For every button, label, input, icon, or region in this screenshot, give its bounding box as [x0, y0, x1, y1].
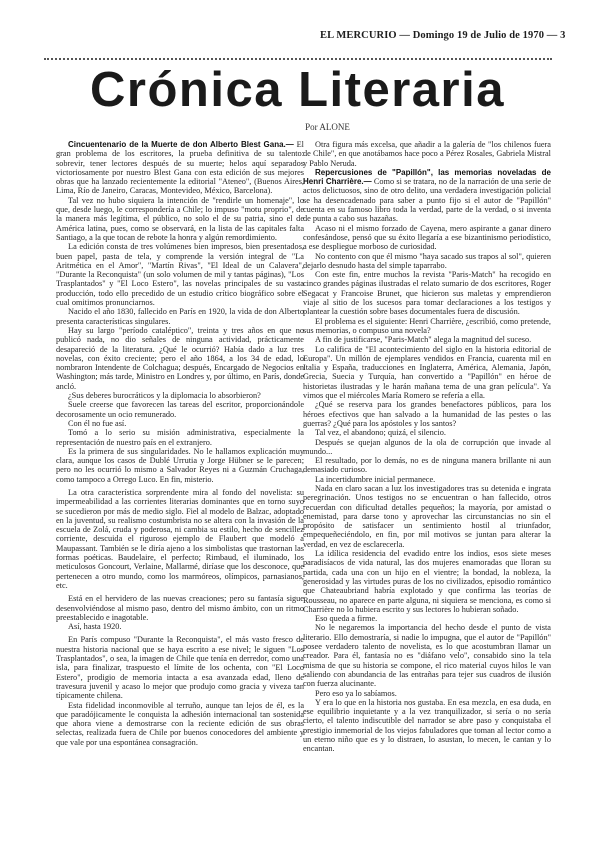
paragraph-text: Tal vez, el abandono; quizá, el silencio… — [315, 428, 446, 437]
paragraph: Después se quejan algunos de la ola de c… — [303, 438, 551, 457]
paragraph-text: Esta fidelidad inconmovible al terruño, … — [56, 701, 304, 747]
paragraph-text: El resultado, por lo demás, no es de nin… — [303, 456, 551, 474]
paragraph: No contento con que él mismo "haya sacad… — [303, 252, 551, 271]
paragraph-text: No contento con que él mismo "haya sacad… — [303, 252, 551, 270]
paragraph-text: Otra figura más excelsa, que añadir a la… — [303, 140, 551, 168]
paragraph-text: A fin de justificarse, "Paris-Match" ale… — [315, 335, 531, 344]
paragraph-text: Suele creerse que favorecen las tareas d… — [56, 400, 304, 418]
paragraph-text: En París compuso "Durante la Reconquista… — [56, 635, 304, 700]
paragraph-text: Tomó a lo serio su misión administrativa… — [56, 428, 304, 446]
left-column: Cincuentenario de la Muerte de don Alber… — [56, 140, 304, 747]
paragraph: No le negaremos la importancia del hecho… — [303, 623, 551, 688]
newspaper-name: EL MERCURIO — [320, 30, 397, 41]
paragraph-text: Lo califica de "El acontecimiento del si… — [303, 345, 551, 400]
paragraph: Es la primera de sus singularidades. No … — [56, 447, 304, 484]
date-line: — Domingo 19 de Julio de 1970 — 3 — [399, 30, 565, 41]
paragraph-text: Está en el hervidero de las nuevas creac… — [56, 594, 304, 622]
paragraph-text: Hay su largo "período cataléptico", trei… — [56, 326, 304, 391]
paragraph: La otra característica sorprendente mira… — [56, 488, 304, 590]
paragraph-text: ¿Qué se reserva para los grandes benefac… — [303, 400, 551, 428]
paragraph: Cincuentenario de la Muerte de don Alber… — [56, 140, 304, 196]
paragraph-text: Eso queda a firme. — [315, 614, 377, 623]
section-heading: Cincuentenario de la Muerte de don Alber… — [68, 140, 294, 149]
paragraph: ¿Qué se reserva para los grandes benefac… — [303, 400, 551, 428]
paragraph: Con él no fue así. — [56, 419, 304, 428]
paragraph: En París compuso "Durante la Reconquista… — [56, 635, 304, 700]
paragraph: Otra figura más excelsa, que añadir a la… — [303, 140, 551, 168]
paragraph: Esta fidelidad inconmovible al terruño, … — [56, 701, 304, 747]
paragraph: El resultado, por lo demás, no es de nin… — [303, 456, 551, 475]
paragraph-text: El problema es el siguiente: Henri Charr… — [303, 317, 551, 335]
paragraph-text: Con este fin, entre muchos la revista "P… — [303, 270, 551, 316]
byline: Por ALONE — [0, 122, 595, 132]
paragraph-text: No le negaremos la importancia del hecho… — [303, 623, 551, 688]
paragraph-text: Así, hasta 1920. — [68, 622, 121, 631]
paragraph: Pero eso ya lo sabíamos. — [303, 689, 551, 698]
paragraph-text: El gran problema de los escritores, la p… — [56, 140, 304, 195]
paragraph: Repercusiones de "Papillón", las memoria… — [303, 168, 551, 224]
paragraph-text: Nada en claro sacan a luz los investigad… — [303, 484, 551, 549]
paragraph: El problema es el siguiente: Henri Charr… — [303, 317, 551, 336]
paragraph: Nada en claro sacan a luz los investigad… — [303, 484, 551, 549]
right-column: Otra figura más excelsa, que añadir a la… — [303, 140, 551, 754]
page-title: Crónica Literaria — [0, 62, 595, 118]
paragraph-text: Después se quejan algunos de la ola de c… — [303, 438, 551, 456]
paragraph-text: ¿Sus deberes burocráticos y la diplomaci… — [68, 391, 261, 400]
paragraph: La edición consta de tres volúmenes bien… — [56, 242, 304, 307]
paragraph: Tal vez no hubo siquiera la intención de… — [56, 196, 304, 242]
paragraph: Tal vez, el abandono; quizá, el silencio… — [303, 428, 551, 437]
paragraph: Y era lo que en la historia nos gustaba.… — [303, 698, 551, 754]
paragraph-text: Nacido el año 1830, fallecido en París e… — [56, 307, 304, 325]
paragraph-text: Pero eso ya lo sabíamos. — [315, 689, 397, 698]
paragraph: Hay su largo "período cataléptico", trei… — [56, 326, 304, 391]
paragraph: La incertidumbre inicial permanece. — [303, 475, 551, 484]
paragraph: Tomó a lo serio su misión administrativa… — [56, 428, 304, 447]
paragraph: Suele creerse que favorecen las tareas d… — [56, 400, 304, 419]
paragraph: Con este fin, entre muchos la revista "P… — [303, 270, 551, 316]
paragraph: ¿Sus deberes burocráticos y la diplomaci… — [56, 391, 304, 400]
paragraph-text: Acaso ni el mismo forzado de Cayena, mer… — [303, 224, 551, 252]
paragraph: Acaso ni el mismo forzado de Cayena, mer… — [303, 224, 551, 252]
header-rule — [44, 58, 552, 60]
paragraph-text: La edición consta de tres volúmenes bien… — [56, 242, 304, 307]
paragraph-text: Es la primera de sus singularidades. No … — [56, 447, 304, 484]
paragraph: Nacido el año 1830, fallecido en París e… — [56, 307, 304, 326]
paragraph-text: La otra característica sorprendente mira… — [56, 488, 304, 590]
paragraph-text: Tal vez no hubo siquiera la intención de… — [56, 196, 304, 242]
paragraph: Está en el hervidero de las nuevas creac… — [56, 594, 304, 622]
page-header: EL MERCURIO — Domingo 19 de Julio de 197… — [320, 30, 565, 41]
paragraph: Eso queda a firme. — [303, 614, 551, 623]
paragraph: La idílica residencia del evadido entre … — [303, 549, 551, 614]
paragraph-text: Y era lo que en la historia nos gustaba.… — [303, 698, 551, 753]
paragraph-text: La incertidumbre inicial permanece. — [315, 475, 435, 484]
paragraph: A fin de justificarse, "Paris-Match" ale… — [303, 335, 551, 344]
paragraph: Así, hasta 1920. — [56, 622, 304, 631]
paragraph-text: Con él no fue así. — [68, 419, 126, 428]
paragraph: Lo califica de "El acontecimiento del si… — [303, 345, 551, 401]
paragraph-text: La idílica residencia del evadido entre … — [303, 549, 551, 614]
